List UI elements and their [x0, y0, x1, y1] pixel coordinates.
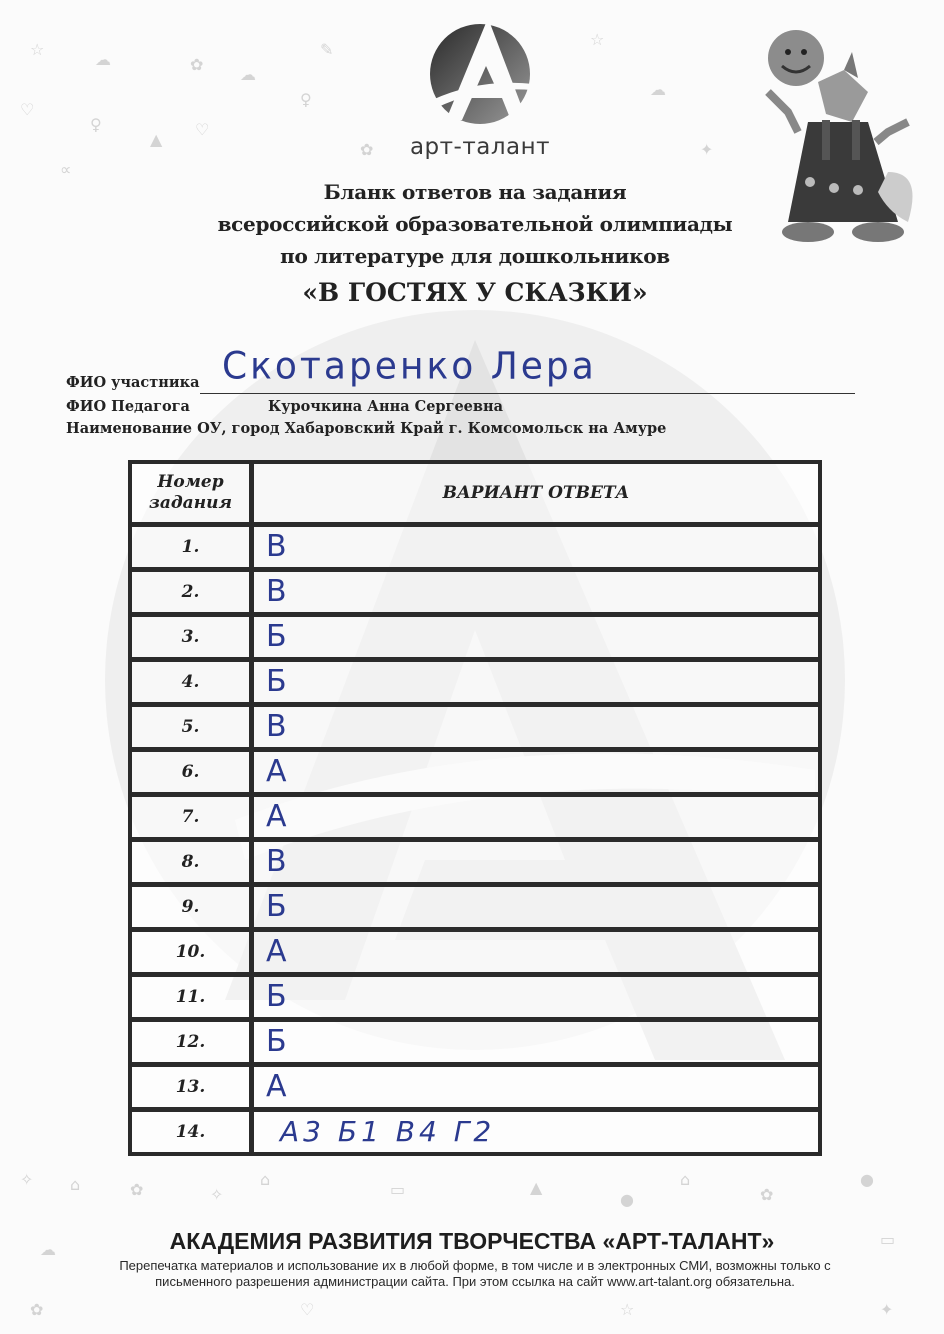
- flower-doodle-icon: ✿: [190, 55, 203, 74]
- footer-academy-title: АКАДЕМИЯ РАЗВИТИЯ ТВОРЧЕСТВА «АРТ-ТАЛАНТ…: [0, 1228, 944, 1255]
- participant-underline: [200, 393, 855, 394]
- heart-doodle-icon: ♡: [20, 100, 34, 119]
- task-number: 13.: [132, 1067, 254, 1107]
- answer-cell[interactable]: В: [254, 527, 818, 567]
- table-header: Номер задания ВАРИАНТ ОТВЕТА: [132, 464, 818, 522]
- table-row: 13.А: [132, 1062, 818, 1107]
- house-doodle-icon: ⌂: [260, 1170, 270, 1189]
- answer-cell[interactable]: Б: [254, 977, 818, 1017]
- girl-doodle-icon: ♀: [300, 90, 312, 109]
- task-number: 4.: [132, 662, 254, 702]
- handwritten-answer: А: [266, 797, 287, 837]
- task-number: 2.: [132, 572, 254, 612]
- answer-cell[interactable]: В: [254, 707, 818, 747]
- heart-doodle-icon: ♡: [195, 120, 209, 139]
- house-doodle-icon: ⌂: [680, 1170, 690, 1189]
- handwritten-answer: Б: [266, 977, 287, 1017]
- answer-cell[interactable]: Б: [254, 617, 818, 657]
- footer-copyright-note: Перепечатка материалов и использование и…: [90, 1258, 860, 1290]
- title-line-3: по литературе для дошкольников: [150, 240, 800, 272]
- teacher-label: ФИО Педагога: [66, 398, 190, 415]
- table-row: 11.Б: [132, 972, 818, 1017]
- girl-doodle-icon: ♀: [90, 115, 102, 134]
- bird-doodle-icon: ✧: [210, 1185, 223, 1204]
- star-doodle-icon: ☆: [590, 30, 604, 49]
- flower-doodle-icon: ✿: [760, 1185, 773, 1204]
- org-row: Наименование ОУ, город Хабаровский Край …: [66, 420, 666, 437]
- teacher-name-value: Курочкина Анна Сергеевна: [268, 398, 503, 415]
- house-doodle-icon: ⌂: [70, 1175, 80, 1194]
- task-number: 1.: [132, 527, 254, 567]
- handwritten-answer: Б: [266, 887, 287, 927]
- task-number: 10.: [132, 932, 254, 972]
- answer-cell[interactable]: А: [254, 932, 818, 972]
- handwritten-answer: В: [266, 707, 287, 747]
- handwritten-answer: А: [266, 932, 287, 972]
- cloud-doodle-icon: ☁: [650, 80, 666, 99]
- fish-doodle-icon: ∝: [60, 160, 71, 179]
- answers-table: Номер задания ВАРИАНТ ОТВЕТА 1.В2.В3.Б4.…: [128, 460, 822, 1156]
- star-doodle-icon: ☆: [30, 40, 44, 59]
- answer-cell[interactable]: А: [254, 1067, 818, 1107]
- task-number-header: Номер задания: [132, 464, 254, 522]
- task-number: 7.: [132, 797, 254, 837]
- title-line-2: всероссийской образовательной олимпиады: [150, 208, 800, 240]
- answer-cell[interactable]: Б: [254, 1022, 818, 1062]
- participant-name-field[interactable]: Скотаренко Лера: [222, 345, 597, 388]
- flower-doodle-icon: ✿: [130, 1180, 143, 1199]
- answer-cell[interactable]: В: [254, 842, 818, 882]
- task-number: 3.: [132, 617, 254, 657]
- handwritten-answer: А3 Б1 В4 Г2: [280, 1112, 495, 1152]
- star-doodle-icon: ✦: [880, 1300, 893, 1319]
- answer-cell[interactable]: В: [254, 572, 818, 612]
- task-number: 11.: [132, 977, 254, 1017]
- answer-cell[interactable]: А: [254, 752, 818, 792]
- cloud-doodle-icon: ☁: [95, 50, 111, 69]
- logo-text: арт-талант: [380, 134, 580, 160]
- handwritten-answer: Б: [266, 1022, 287, 1062]
- org-value: Хабаровский Край г. Комсомольск на Амуре: [285, 420, 667, 437]
- handwritten-answer: А: [266, 752, 287, 792]
- table-row: 2.В: [132, 567, 818, 612]
- book-doodle-icon: ✎: [320, 40, 333, 59]
- task-number: 6.: [132, 752, 254, 792]
- table-row: 12.Б: [132, 1017, 818, 1062]
- handwritten-answer: Б: [266, 662, 287, 702]
- table-row: 10.А: [132, 927, 818, 972]
- table-row: 6.А: [132, 747, 818, 792]
- table-row: 9.Б: [132, 882, 818, 927]
- art-talant-logo-icon: [410, 14, 550, 126]
- olympiad-name: «В ГОСТЯХ У СКАЗКИ»: [150, 274, 800, 312]
- table-row: 5.В: [132, 702, 818, 747]
- car-doodle-icon: ▭: [390, 1180, 405, 1199]
- apple-doodle-icon: ●: [860, 1170, 874, 1189]
- flower-doodle-icon: ✿: [30, 1300, 43, 1319]
- handwritten-answer: В: [266, 572, 287, 612]
- answer-cell[interactable]: А3 Б1 В4 Г2: [254, 1112, 818, 1152]
- task-number: 14.: [132, 1112, 254, 1152]
- cloud-doodle-icon: ☁: [240, 65, 256, 84]
- table-row: 3.Б: [132, 612, 818, 657]
- task-number: 12.: [132, 1022, 254, 1062]
- bird-doodle-icon: ✧: [20, 1170, 33, 1189]
- table-row: 8.В: [132, 837, 818, 882]
- table-row: 1.В: [132, 522, 818, 567]
- flower-doodle-icon: ✿: [360, 140, 373, 159]
- title-line-1: Бланк ответов на задания: [150, 176, 800, 208]
- star-doodle-icon: ✦: [700, 140, 713, 159]
- org-label: Наименование ОУ, город: [66, 420, 280, 437]
- handwritten-answer: Б: [266, 617, 287, 657]
- answer-cell[interactable]: А: [254, 797, 818, 837]
- rocket-doodle-icon: ▲: [150, 130, 162, 149]
- star-doodle-icon: ☆: [620, 1300, 634, 1319]
- participant-label: ФИО участника: [66, 374, 199, 391]
- task-number: 5.: [132, 707, 254, 747]
- answer-header: ВАРИАНТ ОТВЕТА: [254, 464, 818, 522]
- task-number: 9.: [132, 887, 254, 927]
- table-row: 14.А3 Б1 В4 Г2: [132, 1107, 818, 1152]
- apple-doodle-icon: ●: [620, 1190, 634, 1209]
- heart-doodle-icon: ♡: [300, 1300, 314, 1319]
- handwritten-answer: А: [266, 1067, 287, 1107]
- table-row: 4.Б: [132, 657, 818, 702]
- answer-cell[interactable]: Б: [254, 662, 818, 702]
- form-title: Бланк ответов на задания всероссийской о…: [150, 176, 800, 312]
- rocket-doodle-icon: ▲: [530, 1178, 542, 1197]
- table-row: 7.А: [132, 792, 818, 837]
- answer-cell[interactable]: Б: [254, 887, 818, 927]
- handwritten-answer: В: [266, 527, 287, 567]
- task-number: 8.: [132, 842, 254, 882]
- handwritten-answer: В: [266, 842, 287, 882]
